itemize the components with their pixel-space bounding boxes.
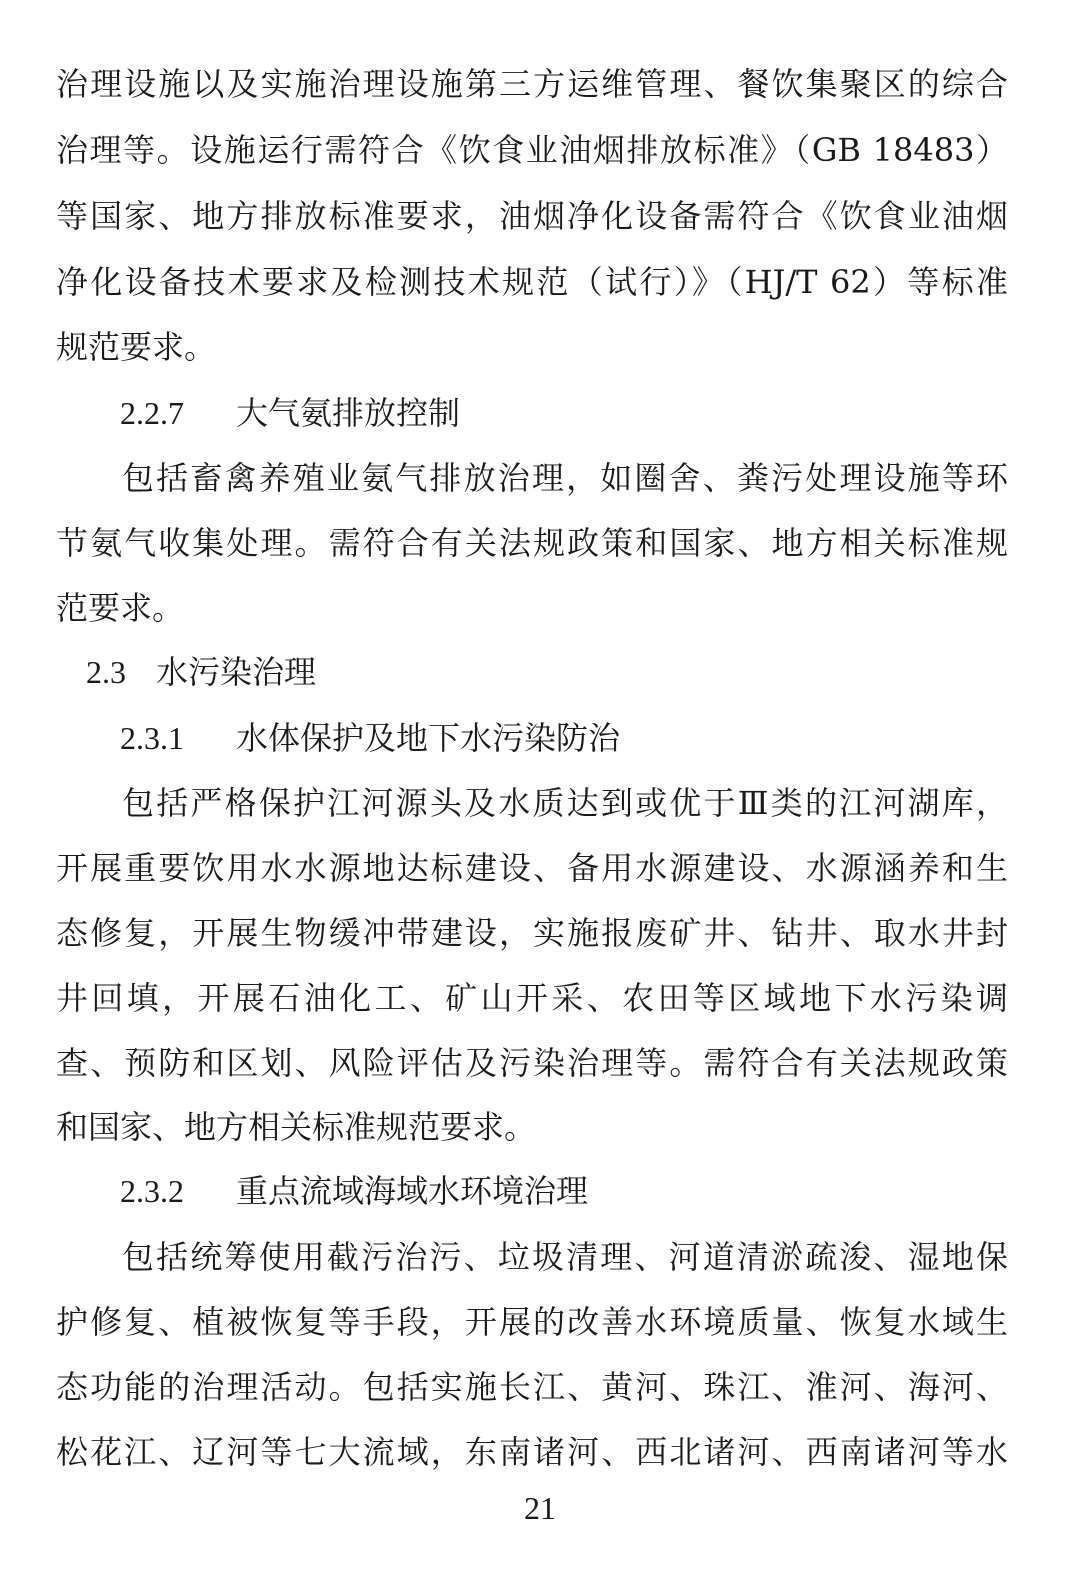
section-number: 2.2.7 [120, 393, 236, 433]
section-heading-2-3: 2.3水污染治理 [86, 652, 316, 692]
section-title: 重点流域海域水环境治理 [236, 1171, 588, 1211]
section-number: 2.3.1 [120, 718, 236, 758]
document-page: 治理设施以及实施治理设施第三方运维管理、餐饮集聚区的综合 治理等。设施运行需符合… [0, 0, 1080, 1590]
paragraph-line: 包括畜禽养殖业氨气排放治理，如圈舍、粪污处理设施等环 [122, 458, 1008, 498]
page-number: 21 [0, 1488, 1080, 1528]
section-number: 2.3.2 [120, 1171, 236, 1211]
section-heading-2-2-7: 2.2.7大气氨排放控制 [120, 393, 460, 433]
paragraph-line: 节氨气收集处理。需符合有关法规政策和国家、地方相关标准规 [56, 523, 1008, 563]
paragraph-line: 和国家、地方相关标准规范要求。 [56, 1107, 1008, 1147]
paragraph-line: 包括统筹使用截污治污、垃圾清理、河道清淤疏浚、湿地保 [122, 1237, 1008, 1277]
paragraph-line: 查、预防和区划、风险评估及污染治理等。需符合有关法规政策 [56, 1043, 1008, 1083]
paragraph-line: 态功能的治理活动。包括实施长江、黄河、珠江、淮河、海河、 [56, 1367, 1008, 1407]
paragraph-line: 范要求。 [56, 588, 1008, 628]
section-title: 水体保护及地下水污染防治 [236, 718, 620, 758]
section-heading-2-3-2: 2.3.2重点流域海域水环境治理 [120, 1171, 588, 1211]
section-title: 水污染治理 [156, 652, 316, 692]
paragraph-line: 净化设备技术要求及检测技术规范（试行）》（HJ/T 62）等标准 [56, 262, 1008, 302]
paragraph-line: 规范要求。 [56, 327, 1008, 367]
paragraph-line: 治理等。设施运行需符合《饮食业油烟排放标准》（GB 18483） [56, 130, 1008, 170]
paragraph-line: 开展重要饮用水水源地达标建设、备用水源建设、水源涵养和生 [56, 848, 1008, 888]
paragraph-line: 等国家、地方排放标准要求，油烟净化设备需符合《饮食业油烟 [56, 196, 1008, 236]
paragraph-line: 松花江、辽河等七大流域，东南诸河、西北诸河、西南诸河等水 [56, 1432, 1008, 1472]
paragraph-line: 治理设施以及实施治理设施第三方运维管理、餐饮集聚区的综合 [56, 64, 1008, 104]
section-heading-2-3-1: 2.3.1水体保护及地下水污染防治 [120, 718, 620, 758]
paragraph-line: 井回填，开展石油化工、矿山开采、农田等区域地下水污染调 [56, 978, 1008, 1018]
section-number: 2.3 [86, 652, 156, 692]
paragraph-line: 态修复，开展生物缓冲带建设，实施报废矿井、钻井、取水井封 [56, 913, 1008, 953]
paragraph-line: 包括严格保护江河源头及水质达到或优于Ⅲ类的江河湖库， [122, 783, 1008, 823]
paragraph-line: 护修复、植被恢复等手段，开展的改善水环境质量、恢复水域生 [56, 1302, 1008, 1342]
section-title: 大气氨排放控制 [236, 393, 460, 433]
